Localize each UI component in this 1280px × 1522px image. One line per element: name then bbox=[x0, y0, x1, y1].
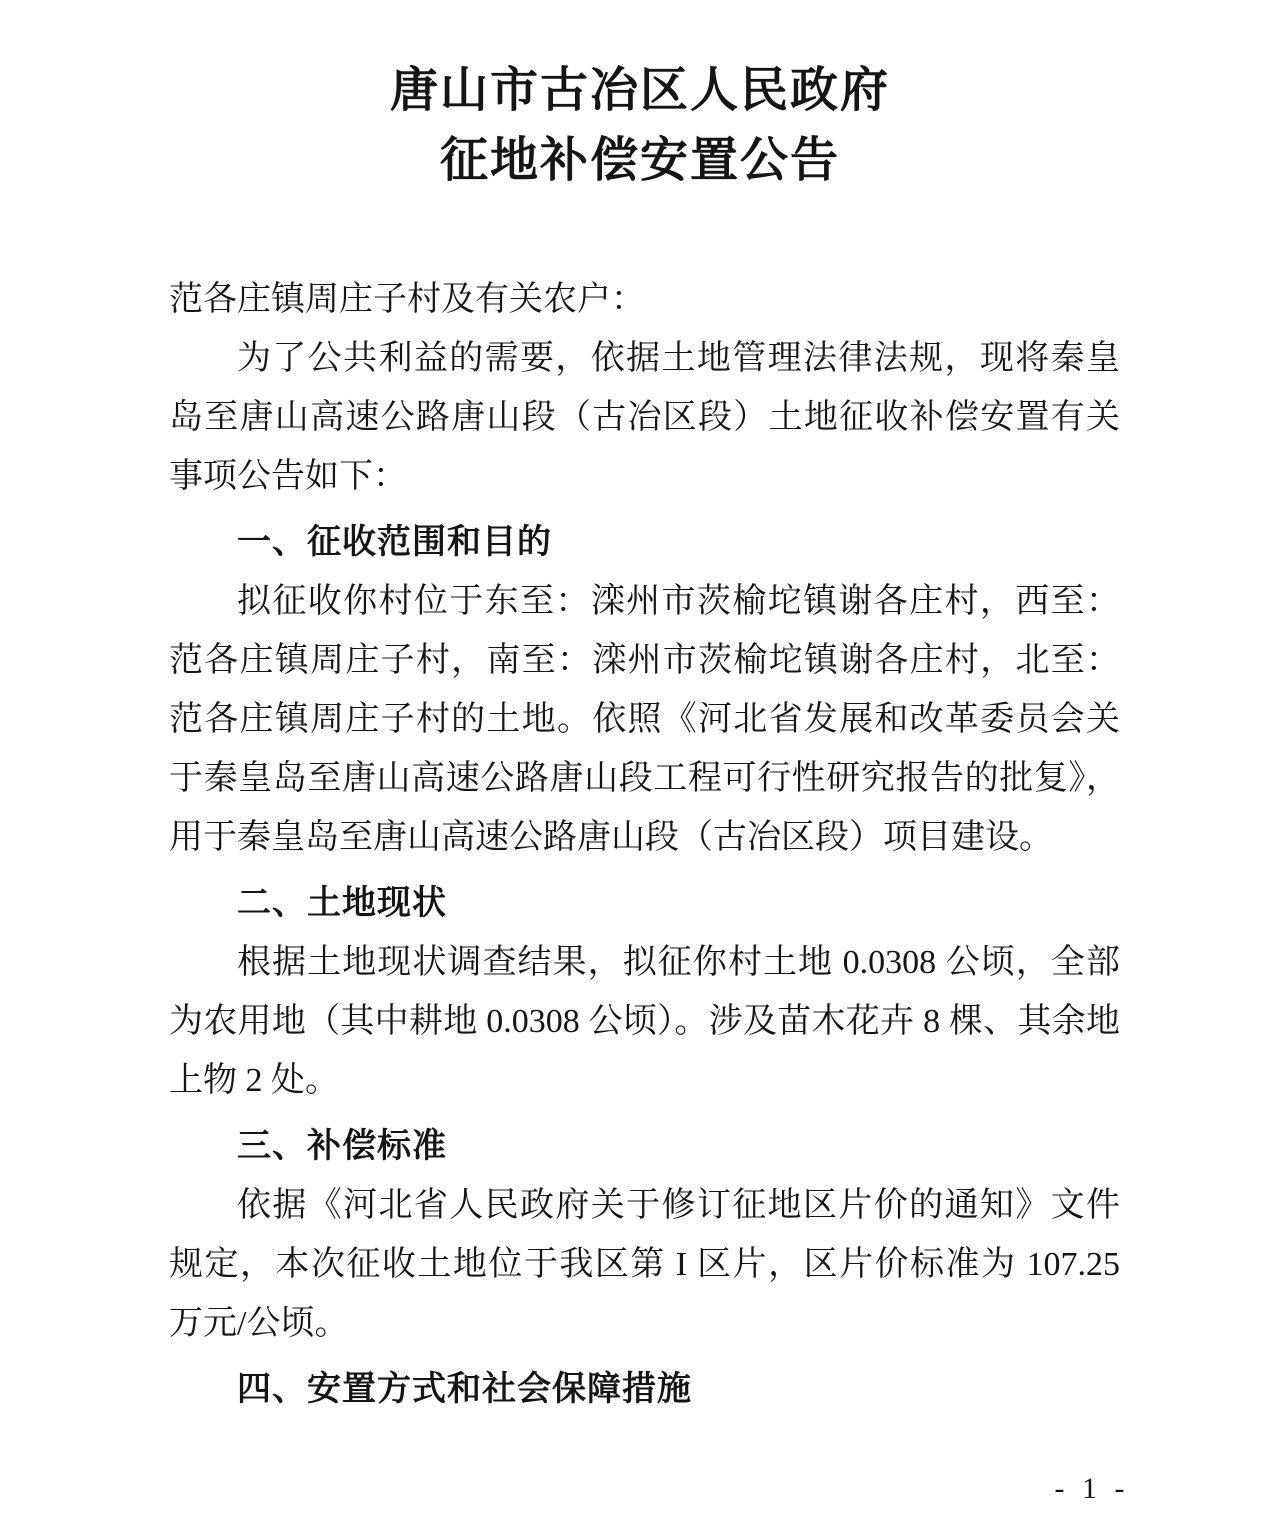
document-section: 一、征收范围和目的 拟征收你村位于东至：滦州市茨榆坨镇谢各庄村，西至：范各庄镇周… bbox=[169, 513, 1120, 867]
document-title: 唐山市古冶区人民政府 征地补偿安置公告 bbox=[0, 0, 1280, 196]
document-body: 范各庄镇周庄子村及有关农户： 为了公共利益的需要，依据土地管理法律法规，现将秦皇… bbox=[169, 270, 1120, 1419]
section-heading: 三、补偿标准 bbox=[169, 1117, 1120, 1176]
document-section: 三、补偿标准 依据《河北省人民政府关于修订征地区片价的通知》文件规定，本次征收土… bbox=[169, 1117, 1120, 1353]
section-paragraph: 根据土地现状调查结果，拟征你村土地 0.0308 公顷，全部为农用地（其中耕地 … bbox=[169, 933, 1120, 1110]
title-line-1: 唐山市古冶区人民政府 bbox=[0, 56, 1280, 126]
section-paragraph: 依据《河北省人民政府关于修订征地区片价的通知》文件规定，本次征收土地位于我区第 … bbox=[169, 1176, 1120, 1353]
section-heading: 二、土地现状 bbox=[169, 874, 1120, 933]
page-number: - 1 - bbox=[1042, 1472, 1142, 1506]
salutation: 范各庄镇周庄子村及有关农户： bbox=[169, 270, 1120, 329]
intro-paragraph: 为了公共利益的需要，依据土地管理法律法规，现将秦皇岛至唐山高速公路唐山段（古冶区… bbox=[169, 329, 1120, 506]
section-heading: 一、征收范围和目的 bbox=[169, 513, 1120, 572]
title-line-2: 征地补偿安置公告 bbox=[0, 126, 1280, 196]
document-page: 唐山市古冶区人民政府 征地补偿安置公告 范各庄镇周庄子村及有关农户： 为了公共利… bbox=[0, 0, 1280, 1522]
section-paragraph: 拟征收你村位于东至：滦州市茨榆坨镇谢各庄村，西至：范各庄镇周庄子村，南至：滦州市… bbox=[169, 572, 1120, 867]
sections-container: 一、征收范围和目的 拟征收你村位于东至：滦州市茨榆坨镇谢各庄村，西至：范各庄镇周… bbox=[169, 513, 1120, 1419]
document-section: 二、土地现状 根据土地现状调查结果，拟征你村土地 0.0308 公顷，全部为农用… bbox=[169, 874, 1120, 1110]
document-section: 四、安置方式和社会保障措施 bbox=[169, 1360, 1120, 1419]
section-heading: 四、安置方式和社会保障措施 bbox=[169, 1360, 1120, 1419]
